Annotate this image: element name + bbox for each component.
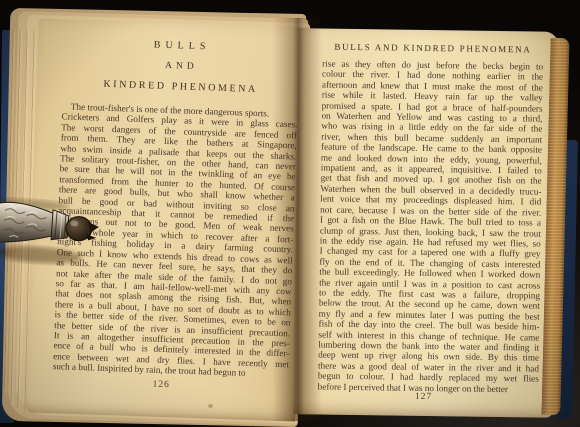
right-page-text: BULLS AND KINDRED PHENOMENA rise as they… (318, 42, 544, 395)
chapter-title-line: BULLS (64, 36, 300, 55)
right-page: BULLS AND KINDRED PHENOMENA rise as they… (293, 28, 558, 418)
book-photo: BULLS AND KINDRED PHENOMENA The trout-fi… (0, 0, 580, 427)
running-header: BULLS AND KINDRED PHENOMENA (322, 42, 543, 55)
chapter-title-line: KINDRED PHENOMENA (63, 77, 299, 96)
right-page-body: rise as they often do just before the be… (318, 59, 544, 395)
chapter-title-line: AND (63, 57, 299, 75)
silver-filigree-bookmark-icon (0, 190, 102, 274)
